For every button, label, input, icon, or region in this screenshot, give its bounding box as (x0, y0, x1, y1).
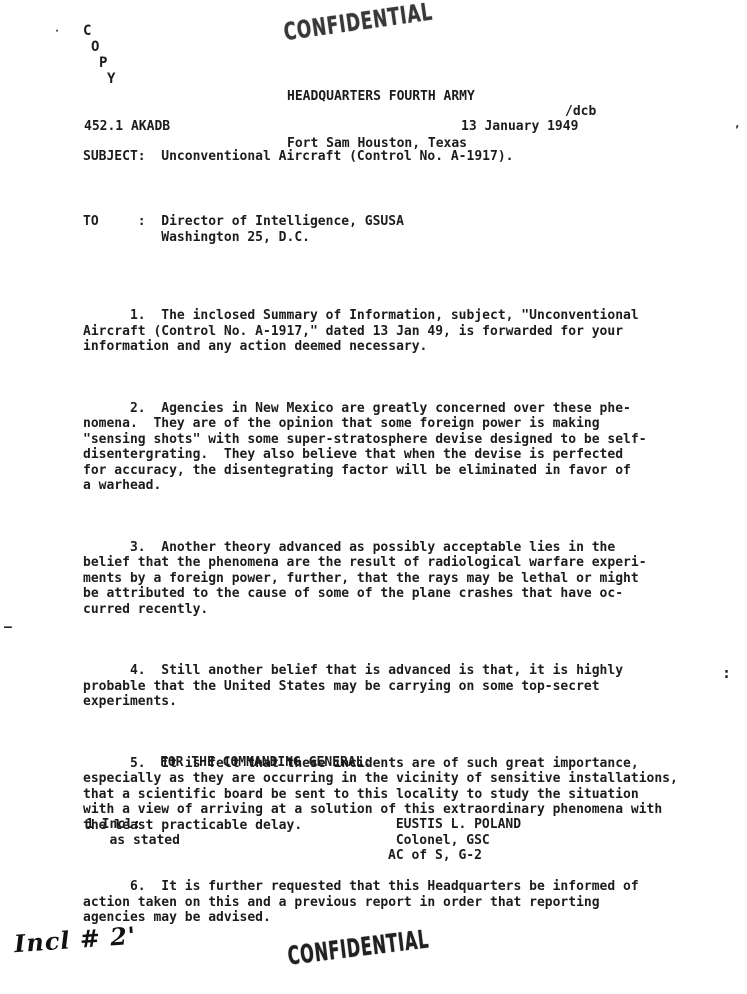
memo-paragraph-3: 3. Another theory advanced as possibly a… (83, 540, 713, 618)
handwritten-note: Incl # 2' (14, 928, 137, 952)
addressee-block: TO : Director of Intelligence, GSUSA Was… (83, 214, 404, 245)
confidential-stamp-top: CONFIDENTIAL (282, 1, 434, 46)
memo-paragraph-2: 2. Agencies in New Mexico are greatly co… (83, 401, 713, 494)
copy-letter: O (91, 40, 99, 56)
memo-paragraph-1: 1. The inclosed Summary of Information, … (83, 308, 713, 355)
scan-artifact-dash: — (4, 620, 12, 636)
subject-line: SUBJECT: Unconventional Aircraft (Contro… (83, 149, 513, 165)
closing-line: FOR THE COMMANDING GENERAL: (160, 755, 371, 771)
typist-initials: /dcb (565, 104, 596, 120)
memo-paragraph-4: 4. Still another belief that is advanced… (83, 663, 713, 710)
scan-artifact-dot: · (54, 24, 60, 40)
letterhead-unit: HEADQUARTERS FOURTH ARMY (287, 89, 475, 105)
copy-letter: Y (107, 72, 115, 88)
memo-paragraph-6: 6. It is further requested that this Hea… (83, 879, 713, 926)
scan-artifact-mark: : (722, 666, 731, 682)
file-reference: 452.1 AKADB (84, 119, 170, 135)
memo-body: 1. The inclosed Summary of Information, … (83, 277, 713, 972)
memo-page: C O P Y CONFIDENTIAL HEADQUARTERS FOURTH… (0, 0, 747, 994)
signature-block: EUSTIS L. POLAND Colonel, GSC AC of S, G… (388, 817, 521, 864)
scan-artifact-comma: , (734, 116, 741, 132)
date-line: 13 January 1949 (461, 119, 578, 135)
copy-letter: P (99, 56, 107, 72)
enclosure-block: 1 Incl: as stated (86, 817, 180, 848)
copy-letter: C (83, 24, 91, 40)
